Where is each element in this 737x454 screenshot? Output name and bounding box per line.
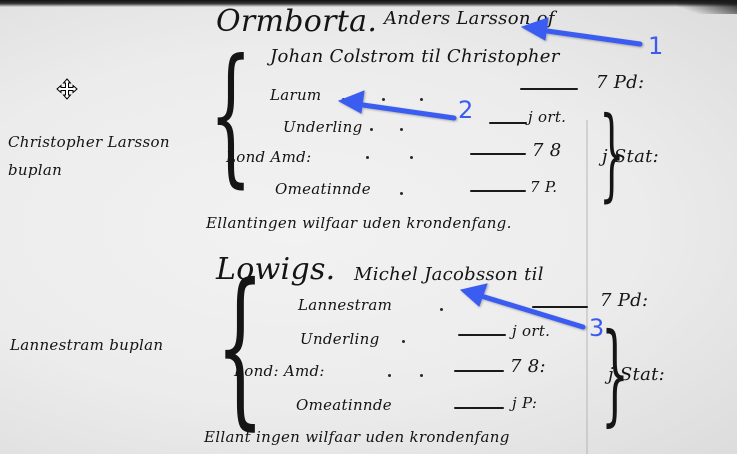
arrow-2-shaft (356, 104, 454, 118)
annotation-label-1: 1 (648, 32, 663, 60)
arrow-1-head (522, 18, 548, 40)
arrow-2-head (339, 91, 364, 113)
arrow-3-head (461, 284, 487, 306)
annotation-arrows (0, 0, 737, 454)
annotation-label-2: 2 (458, 96, 473, 124)
annotation-label-3: 3 (589, 314, 604, 342)
arrow-3-shaft (478, 295, 583, 327)
move-cursor-icon (56, 78, 78, 100)
arrow-1-shaft (540, 30, 640, 44)
